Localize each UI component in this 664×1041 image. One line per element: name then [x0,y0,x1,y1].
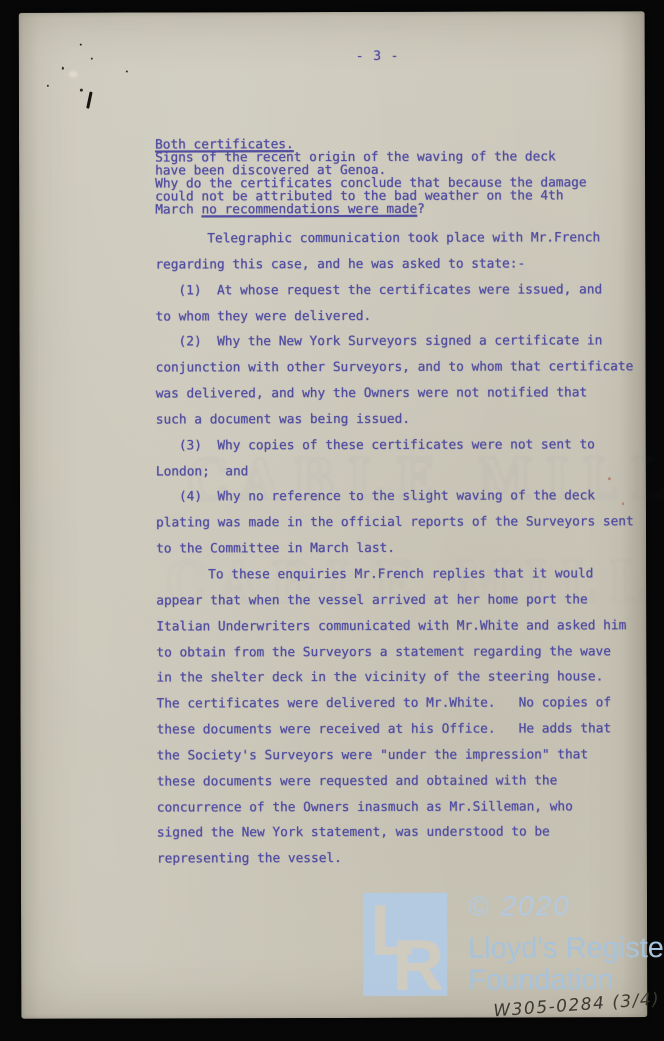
ink-speck [91,58,93,60]
document-page: - 3 - CABLE MILL CABLE MILL Both certifi… [19,11,648,1019]
ink-specks [19,11,645,13]
text-line: March no recommendations were made? [155,203,586,217]
page-number: - 3 - [356,49,400,64]
scanned-document-photo: - 3 - CABLE MILL CABLE MILL Both certifi… [0,0,664,1041]
ink-speck [126,71,128,73]
text-line: (1) At whose request the certificates we… [155,277,633,304]
text-line: representing the vessel. [157,845,635,872]
intro-question-block: Both certificates.Signs of the recent or… [155,138,587,217]
text-line: these documents were received at his Off… [157,716,635,743]
text-line: The certificates were delivered to Mr.Wh… [156,690,634,717]
text-line: plating was made in the official reports… [156,509,634,536]
lr-logo: L R [363,893,447,996]
text-line: Telegraphic communication took place wit… [155,225,633,252]
ink-speck [80,44,82,46]
text-line: concurrence of the Owners inasmuch as Mr… [157,794,635,821]
text-line: London; and [156,458,634,485]
ink-speck [80,89,83,92]
text-line: (4) Why no reference to the slight wavin… [156,484,634,511]
text-line: conjunction with other Surveyors, and to… [156,354,634,381]
pen-stroke-mark [86,92,92,109]
paper-damage-chip [69,71,78,78]
text-line: signed the New York statement, was under… [157,820,635,847]
text-line: the Society's Surveyors were "under the … [157,742,635,769]
ink-speck [62,67,64,70]
text-line: appear that when the vessel arrived at h… [156,587,634,614]
text-line: (2) Why the New York Surveyors signed a … [156,329,634,356]
ink-speck [47,85,49,87]
watermark-org-name-line1: Lloyd's Register [468,932,664,965]
text-line: was delivered, and why the Owners were n… [156,380,634,407]
watermark-copyright: © 2020 [468,890,571,922]
lr-watermark: L R © 2020 Lloyd's Register Foundation [19,11,645,13]
text-line: regarding this case, and he was asked to… [155,251,633,278]
text-line: these documents were requested and obtai… [157,768,635,795]
text-line: to obtain from the Surveyors a statement… [156,639,634,666]
text-line: Italian Underwriters communicated with M… [156,613,634,640]
text-line: (3) Why copies of these certificates wer… [156,432,634,459]
lr-logo-letter-r: R [392,930,444,996]
watermark-org-name: Lloyd's Register Foundation [468,932,664,997]
text-line: such a document was being issued. [156,406,634,433]
text-line: in the shelter deck in the vicinity of t… [156,665,634,692]
text-line: to whom they were delivered. [155,303,633,330]
text-line: to the Committee in March last. [156,535,634,562]
text-line: To these enquiries Mr.French replies tha… [156,561,634,588]
body-text-block: Telegraphic communication took place wit… [155,225,634,872]
